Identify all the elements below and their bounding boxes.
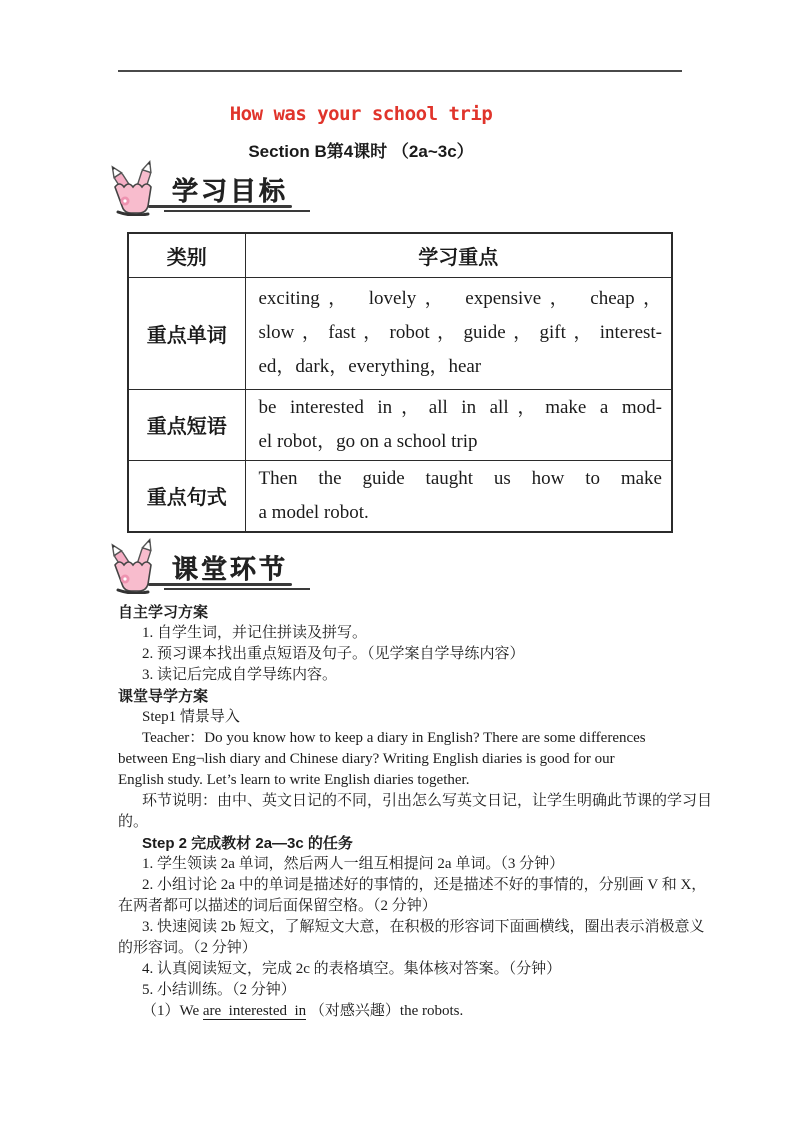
document-page: How was your school trip Section B第4课时 （… (0, 0, 800, 1132)
body-line: Teacher：Do you know how to keep a diary … (118, 728, 658, 749)
body-line: 2. 小组讨论 2a 中的单词是描述好的事情的，还是描述不好的事情的，分别画 V… (118, 875, 658, 896)
body-line: Step1 情景导入 (118, 707, 658, 728)
body-line: 3. 快速阅读 2b 短文，了解短文大意，在积极的形容词下面画横线，圈出表示消极… (118, 917, 658, 938)
section-heading: 自主学习方案 (118, 602, 658, 623)
lesson-body: 自主学习方案 1. 自学生词，并记住拼读及拼写。 2. 预习课本找出重点短语及句… (118, 602, 658, 1022)
body-line: 4. 认真阅读短文，完成 2c 的表格填空。集体核对答案。（分钟） (118, 959, 658, 980)
body-line: 在两者都可以描述的词后面保留空格。（2 分钟） (118, 896, 658, 917)
learning-goals-badge: 学习目标 (106, 160, 336, 218)
class-procedure-badge: 课堂环节 (106, 538, 336, 596)
cell-line: el robot，go on a school trip (259, 425, 663, 459)
cell-line: ed，dark，everything，hear (259, 350, 663, 384)
badge-underline (164, 588, 310, 590)
class-procedure-badge-label: 课堂环节 (172, 549, 288, 586)
body-line: 5. 小结训练。（2 分钟） (118, 980, 658, 1001)
table-header-focus: 学习重点 (245, 233, 672, 277)
header-rule (118, 70, 682, 72)
page-subtitle: Section B第4课时 （2a~3c） (0, 137, 722, 162)
badge-underline (148, 583, 292, 586)
badge-underline (164, 210, 310, 212)
cell-line: Then the guide taught us how to make (259, 462, 663, 496)
row-label-key-words: 重点单词 (128, 277, 245, 389)
learning-goals-table: 类别 学习重点 重点单词 exciting， lovely， expensive… (127, 232, 673, 533)
cell-line: a model robot. (259, 496, 663, 530)
cell-line: slow，fast，robot，guide，gift，interest- (259, 316, 663, 350)
cell-line: be interested in，all in all，make a mod- (259, 391, 663, 425)
exercise-answer-blank: are interested in (203, 1003, 306, 1020)
exercise-prefix: （1）We (142, 1003, 203, 1019)
body-line: 的。 (118, 812, 658, 833)
body-line: 3. 读记后完成自学导练内容。 (118, 665, 658, 686)
table-row: 重点句式 Then the guide taught us how to mak… (128, 460, 672, 532)
body-line: 环节说明：由中、英文日记的不同，引出怎么写英文日记，让学生明确此节课的学习目 (118, 791, 658, 812)
row-content-key-words: exciting， lovely， expensive， cheap， slow… (245, 277, 672, 389)
section-heading: 课堂导学方案 (118, 686, 658, 707)
body-line: 的形容词。（2 分钟） (118, 938, 658, 959)
row-content-key-phrases: be interested in，all in all，make a mod- … (245, 389, 672, 460)
row-content-key-sentence: Then the guide taught us how to make a m… (245, 460, 672, 532)
row-label-key-sentence: 重点句式 (128, 460, 245, 532)
exercise-suffix: （对感兴趣）the robots. (306, 1003, 463, 1019)
exercise-line: （1）We are interested in （对感兴趣）the robots… (118, 1001, 658, 1022)
body-line: 1. 自学生词，并记住拼读及拼写。 (118, 623, 658, 644)
cell-line: exciting， lovely， expensive， cheap， (259, 282, 663, 316)
table-row: 重点短语 be interested in，all in all，make a … (128, 389, 672, 460)
body-line: between Eng¬lish diary and Chinese diary… (118, 749, 658, 770)
section-heading: Step 2 完成教材 2a—3c 的任务 (118, 833, 658, 854)
badge-underline (148, 205, 292, 208)
row-label-key-phrases: 重点短语 (128, 389, 245, 460)
body-line: 2. 预习课本找出重点短语及句子。（见学案自学导练内容） (118, 644, 658, 665)
learning-goals-badge-label: 学习目标 (172, 171, 288, 208)
table-row: 重点单词 exciting， lovely， expensive， cheap，… (128, 277, 672, 389)
page-title: How was your school trip (0, 103, 722, 125)
body-line: English study. Let’s learn to write Engl… (118, 770, 658, 791)
table-header-category: 类别 (128, 233, 245, 277)
body-line: 1. 学生领读 2a 单词，然后两人一组互相提问 2a 单词。（3 分钟） (118, 854, 658, 875)
